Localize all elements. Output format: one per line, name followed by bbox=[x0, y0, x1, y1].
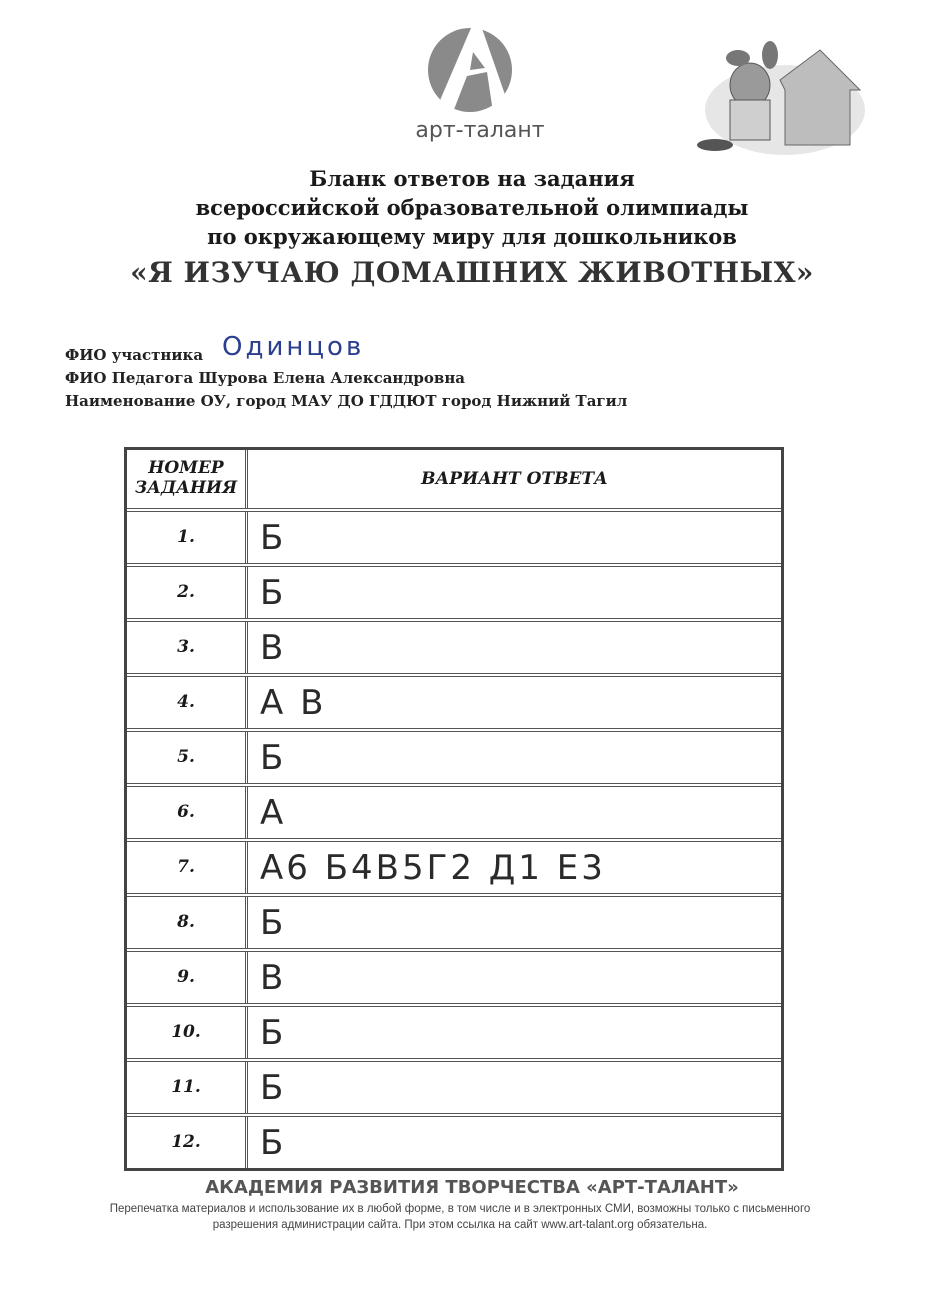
answer-table: НОМЕРЗАДАНИЯ ВАРИАНТ ОТВЕТА 1.Б2.Б3.В4.А… bbox=[124, 447, 784, 1171]
task-number: 1. bbox=[127, 512, 248, 563]
table-row: 5.Б bbox=[127, 728, 781, 783]
table-row: 12.Б bbox=[127, 1113, 781, 1168]
answer-cell[interactable]: А bbox=[248, 787, 781, 838]
task-number: 5. bbox=[127, 732, 248, 783]
answer-cell[interactable]: Б bbox=[248, 732, 781, 783]
title-line-2: всероссийской образовательной олимпиады bbox=[0, 195, 944, 220]
footer-title: АКАДЕМИЯ РАЗВИТИЯ ТВОРЧЕСТВА «АРТ-ТАЛАНТ… bbox=[0, 1177, 944, 1198]
answer-cell[interactable]: Б bbox=[248, 1062, 781, 1113]
table-row: 10.Б bbox=[127, 1003, 781, 1058]
answer-cell[interactable]: Б bbox=[248, 512, 781, 563]
participant-name: Одинцов bbox=[222, 332, 364, 362]
title-line-1: Бланк ответов на задания bbox=[0, 166, 944, 191]
task-number: 4. bbox=[127, 677, 248, 728]
table-row: 11.Б bbox=[127, 1058, 781, 1113]
task-number: 3. bbox=[127, 622, 248, 673]
task-number: 11. bbox=[127, 1062, 248, 1113]
answer-cell[interactable]: Б bbox=[248, 897, 781, 948]
task-number: 6. bbox=[127, 787, 248, 838]
table-row: 1.Б bbox=[127, 508, 781, 563]
answer-cell[interactable]: Б bbox=[248, 1007, 781, 1058]
institution-line: Наименование ОУ, город МАУ ДО ГДДЮТ горо… bbox=[65, 392, 627, 410]
footer-notice: Перепечатка материалов и использование и… bbox=[90, 1202, 830, 1233]
table-row: 4.А В bbox=[127, 673, 781, 728]
col-answer-header: ВАРИАНТ ОТВЕТА bbox=[248, 450, 781, 508]
answer-cell[interactable]: Б bbox=[248, 1117, 781, 1168]
brand-name: арт-талант bbox=[380, 118, 580, 143]
table-row: 7.А6 Б4В5Г2 Д1 Е3 bbox=[127, 838, 781, 893]
table-row: 9.В bbox=[127, 948, 781, 1003]
dog-in-kennel-illustration bbox=[690, 30, 870, 160]
task-number: 12. bbox=[127, 1117, 248, 1168]
col-number-header-line2: ЗАДАНИЯ bbox=[135, 478, 237, 498]
table-row: 8.Б bbox=[127, 893, 781, 948]
title-line-3: по окружающему миру для дошкольников bbox=[0, 224, 944, 249]
table-row: 6.А bbox=[127, 783, 781, 838]
answer-cell[interactable]: А В bbox=[248, 677, 781, 728]
table-row: 2.Б bbox=[127, 563, 781, 618]
answer-cell[interactable]: А6 Б4В5Г2 Д1 Е3 bbox=[248, 842, 781, 893]
table-header: НОМЕРЗАДАНИЯ ВАРИАНТ ОТВЕТА bbox=[127, 450, 781, 508]
olympiad-name: «Я ИЗУЧАЮ ДОМАШНИХ ЖИВОТНЫХ» bbox=[0, 256, 944, 289]
task-number: 2. bbox=[127, 567, 248, 618]
participant-label: ФИО участника bbox=[65, 346, 203, 364]
answer-cell[interactable]: В bbox=[248, 622, 781, 673]
task-number: 7. bbox=[127, 842, 248, 893]
table-row: 3.В bbox=[127, 618, 781, 673]
answer-cell[interactable]: В bbox=[248, 952, 781, 1003]
task-number: 10. bbox=[127, 1007, 248, 1058]
teacher-line: ФИО Педагога Шурова Елена Александровна bbox=[65, 369, 465, 387]
col-number-header-line1: НОМЕР bbox=[148, 458, 223, 478]
art-talant-logo-icon bbox=[415, 12, 525, 122]
task-number: 8. bbox=[127, 897, 248, 948]
task-number: 9. bbox=[127, 952, 248, 1003]
col-number-header: НОМЕРЗАДАНИЯ bbox=[127, 450, 248, 508]
answer-cell[interactable]: Б bbox=[248, 567, 781, 618]
